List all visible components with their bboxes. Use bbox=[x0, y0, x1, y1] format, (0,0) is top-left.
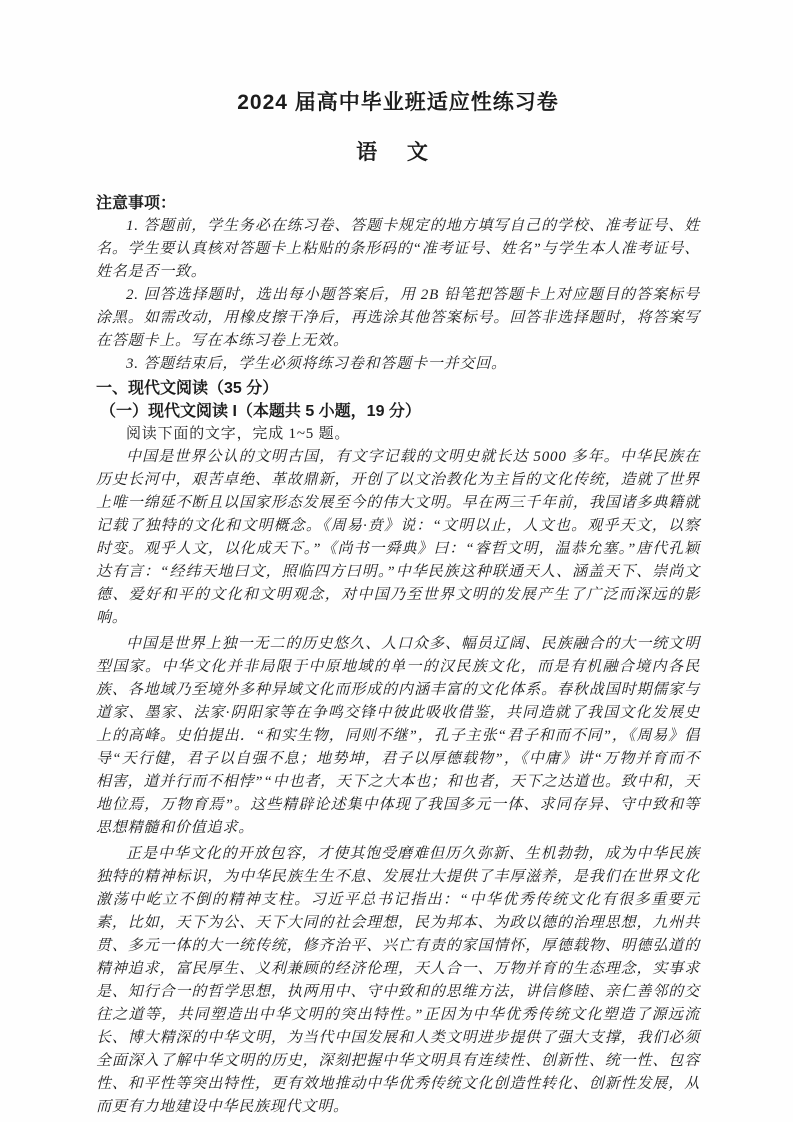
notice-item: 1. 答题前，学生务必在练习卷、答题卡规定的地方填写自己的学校、准考证号、姓名。… bbox=[96, 215, 700, 284]
reading-paragraph: 中国是世界上独一无二的历史悠久、人口众多、幅员辽阔、民族融合的大一统文明型国家。… bbox=[96, 633, 700, 840]
reading-instruction: 阅读下面的文字，完成 1~5 题。 bbox=[96, 423, 700, 446]
reading-passage: 中国是世界公认的文明古国，有文字记载的文明史就长达 5000 多年。中华民族在历… bbox=[96, 446, 700, 1119]
section-heading: 一、现代文阅读（35 分） bbox=[96, 377, 700, 400]
notice-item: 3. 答题结束后，学生必须将练习卷和答题卡一并交回。 bbox=[96, 353, 700, 376]
subject-title: 语 文 bbox=[96, 140, 700, 166]
exam-paper-page: 2024 届高中毕业班适应性练习卷 语 文 注意事项： 1. 答题前，学生务必在… bbox=[0, 0, 793, 1122]
reading-paragraph: 中国是世界公认的文明古国，有文字记载的文明史就长达 5000 多年。中华民族在历… bbox=[96, 446, 700, 630]
notice-heading: 注意事项： bbox=[96, 192, 700, 215]
notice-item: 2. 回答选择题时，选出每小题答案后，用 2B 铅笔把答题卡上对应题目的答案标号… bbox=[96, 284, 700, 353]
subsection-heading: （一）现代文阅读 I（本题共 5 小题，19 分） bbox=[96, 400, 700, 423]
reading-paragraph: 正是中华文化的开放包容，才使其饱受磨难但历久弥新、生机勃勃，成为中华民族独特的精… bbox=[96, 843, 700, 1119]
notice-list: 1. 答题前，学生务必在练习卷、答题卡规定的地方填写自己的学校、准考证号、姓名。… bbox=[96, 215, 700, 376]
exam-title: 2024 届高中毕业班适应性练习卷 bbox=[96, 90, 700, 116]
